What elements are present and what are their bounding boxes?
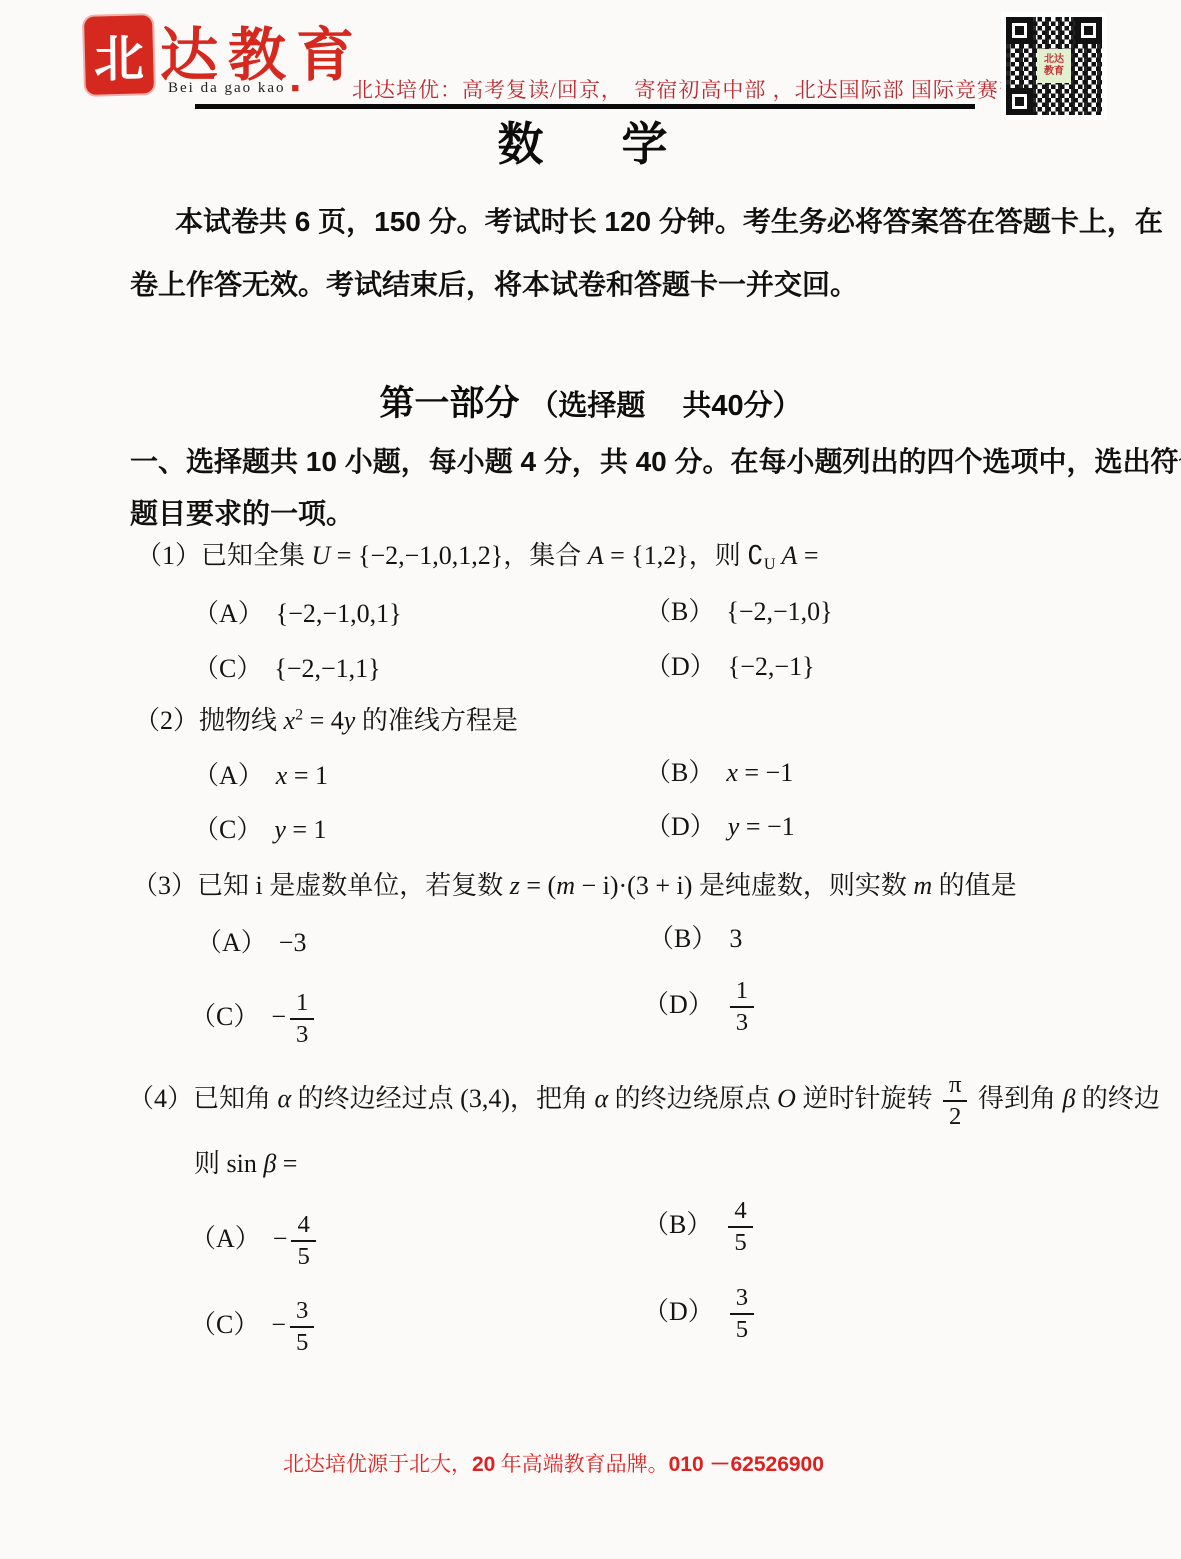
option-value: −35 — [271, 1310, 318, 1339]
option-label: （C） — [193, 654, 262, 683]
option-label: （B） — [648, 924, 717, 953]
question-3-option-d: （D）13 — [643, 978, 758, 1036]
option-label: （D） — [643, 1297, 714, 1326]
option-value: 45 — [724, 1210, 756, 1239]
option-value: {−2,−1,1} — [274, 654, 380, 683]
footer-note: 北达培优源于北大，20 年高端教育品牌。010 －62526900 — [283, 1448, 824, 1478]
question-4-stem: （4）已知角 α 的终边经过点 (3,4)，把角 α 的终边绕原点 O 逆时针旋… — [128, 1072, 1160, 1130]
question-1-stem: （1）已知全集 U = {−2,−1,0,1,2}，集合 A = {1,2}，则… — [136, 538, 819, 576]
option-value: −45 — [273, 1224, 320, 1253]
option-value: −13 — [271, 1002, 318, 1031]
option-label: （A） — [196, 928, 267, 957]
footer-text: 年高端教育品牌。 — [495, 1452, 668, 1476]
footer-years: 20 — [472, 1453, 495, 1476]
question-2-option-d: （D）y = −1 — [645, 809, 795, 844]
question-2-stem: （2）抛物线 x2 = 4y 的准线方程是 — [134, 703, 518, 738]
option-value: {−2,−1,0,1} — [276, 599, 402, 628]
question-1-option-d: （D）{−2,−1} — [645, 649, 815, 684]
option-label: （B） — [645, 597, 714, 626]
selection-rule-line2: 题目要求的一项。 — [130, 495, 354, 533]
question-3-stem: （3）已知 i 是虚数单位，若复数 z = (m − i)·(3 + i) 是纯… — [132, 868, 1017, 903]
option-label: （D） — [643, 990, 714, 1019]
question-1-option-c: （C）{−2,−1,1} — [193, 651, 381, 686]
question-4-option-d: （D）35 — [643, 1285, 758, 1343]
header-tagline: 北达培优：高考复读/回京， 寄宿初高中部 ，北达国际部 国际竞赛部 — [352, 74, 1021, 104]
footer-phone: 010 －62526900 — [669, 1453, 824, 1476]
qr-center-label: 北达 教育 — [1037, 49, 1071, 83]
question-2-option-c: （C）y = 1 — [193, 812, 327, 847]
brand-seal-logo: 北 — [84, 15, 154, 95]
option-value: 13 — [726, 990, 758, 1019]
option-label: （B） — [643, 1210, 712, 1239]
option-label: （B） — [645, 758, 714, 787]
qr-code: 北达 教育 — [1001, 12, 1107, 120]
question-4-option-c: （C）−35 — [190, 1298, 318, 1356]
option-value: 3 — [729, 924, 742, 953]
question-4-stem-line2: 则 sin β = — [194, 1146, 297, 1181]
question-4-option-b: （B）45 — [643, 1198, 757, 1256]
question-1-option-b: （B）{−2,−1,0} — [645, 594, 833, 629]
page-title: 数 学 — [0, 108, 1181, 174]
selection-rule-line1: 一、选择题共 10 小题，每小题 4 分，共 40 分。在每小题列出的四个选项中… — [130, 443, 1181, 481]
qr-finder-icon — [1006, 17, 1033, 44]
exam-intro-line2: 卷上作答无效。考试结束后，将本试卷和答题卡一并交回。 — [130, 266, 858, 304]
question-2-option-b: （B）x = −1 — [645, 755, 793, 790]
option-label: （C） — [193, 815, 262, 844]
option-value: x = 1 — [276, 761, 328, 790]
section-heading: 第一部分 （选择题 共40分） — [0, 380, 1181, 427]
question-2-option-a: （A）x = 1 — [193, 758, 328, 793]
question-4-option-a: （A）−45 — [190, 1212, 320, 1270]
question-1-option-a: （A）{−2,−1,0,1} — [193, 596, 402, 631]
footer-text: 北达培优源于北大， — [283, 1452, 472, 1476]
option-value: {−2,−1,0} — [726, 597, 832, 626]
exam-page: 北 达教育 Bei da gao kao ■ 北达培优：高考复读/回京， 寄宿初… — [0, 0, 1181, 1559]
option-value: y = 1 — [274, 815, 326, 844]
option-label: （A） — [193, 761, 264, 790]
section-heading-sub: （选择题 共40分） — [529, 390, 801, 422]
brand-marker-square: ■ — [291, 80, 301, 95]
option-value: {−2,−1} — [728, 652, 815, 681]
question-3-option-b: （B）3 — [648, 921, 742, 956]
question-3-option-a: （A）−3 — [196, 925, 306, 960]
option-value: 35 — [726, 1297, 758, 1326]
option-value: x = −1 — [726, 758, 793, 787]
brand-subtitle: Bei da gao kao ■ — [168, 80, 301, 97]
question-3-option-c: （C）−13 — [190, 990, 318, 1048]
option-label: （A） — [190, 1224, 261, 1253]
option-label: （D） — [645, 652, 716, 681]
option-label: （D） — [645, 812, 716, 841]
option-label: （C） — [190, 1002, 259, 1031]
option-label: （C） — [190, 1310, 259, 1339]
option-label: （A） — [193, 599, 264, 628]
seal-character: 北 — [94, 19, 145, 91]
option-value: −3 — [279, 928, 307, 957]
option-value: y = −1 — [728, 812, 795, 841]
section-heading-main: 第一部分 — [379, 384, 519, 423]
qr-finder-icon — [1075, 17, 1102, 44]
exam-intro-line1: 本试卷共 6 页，150 分。考试时长 120 分钟。考生务必将答案答在答题卡上… — [175, 203, 1163, 241]
